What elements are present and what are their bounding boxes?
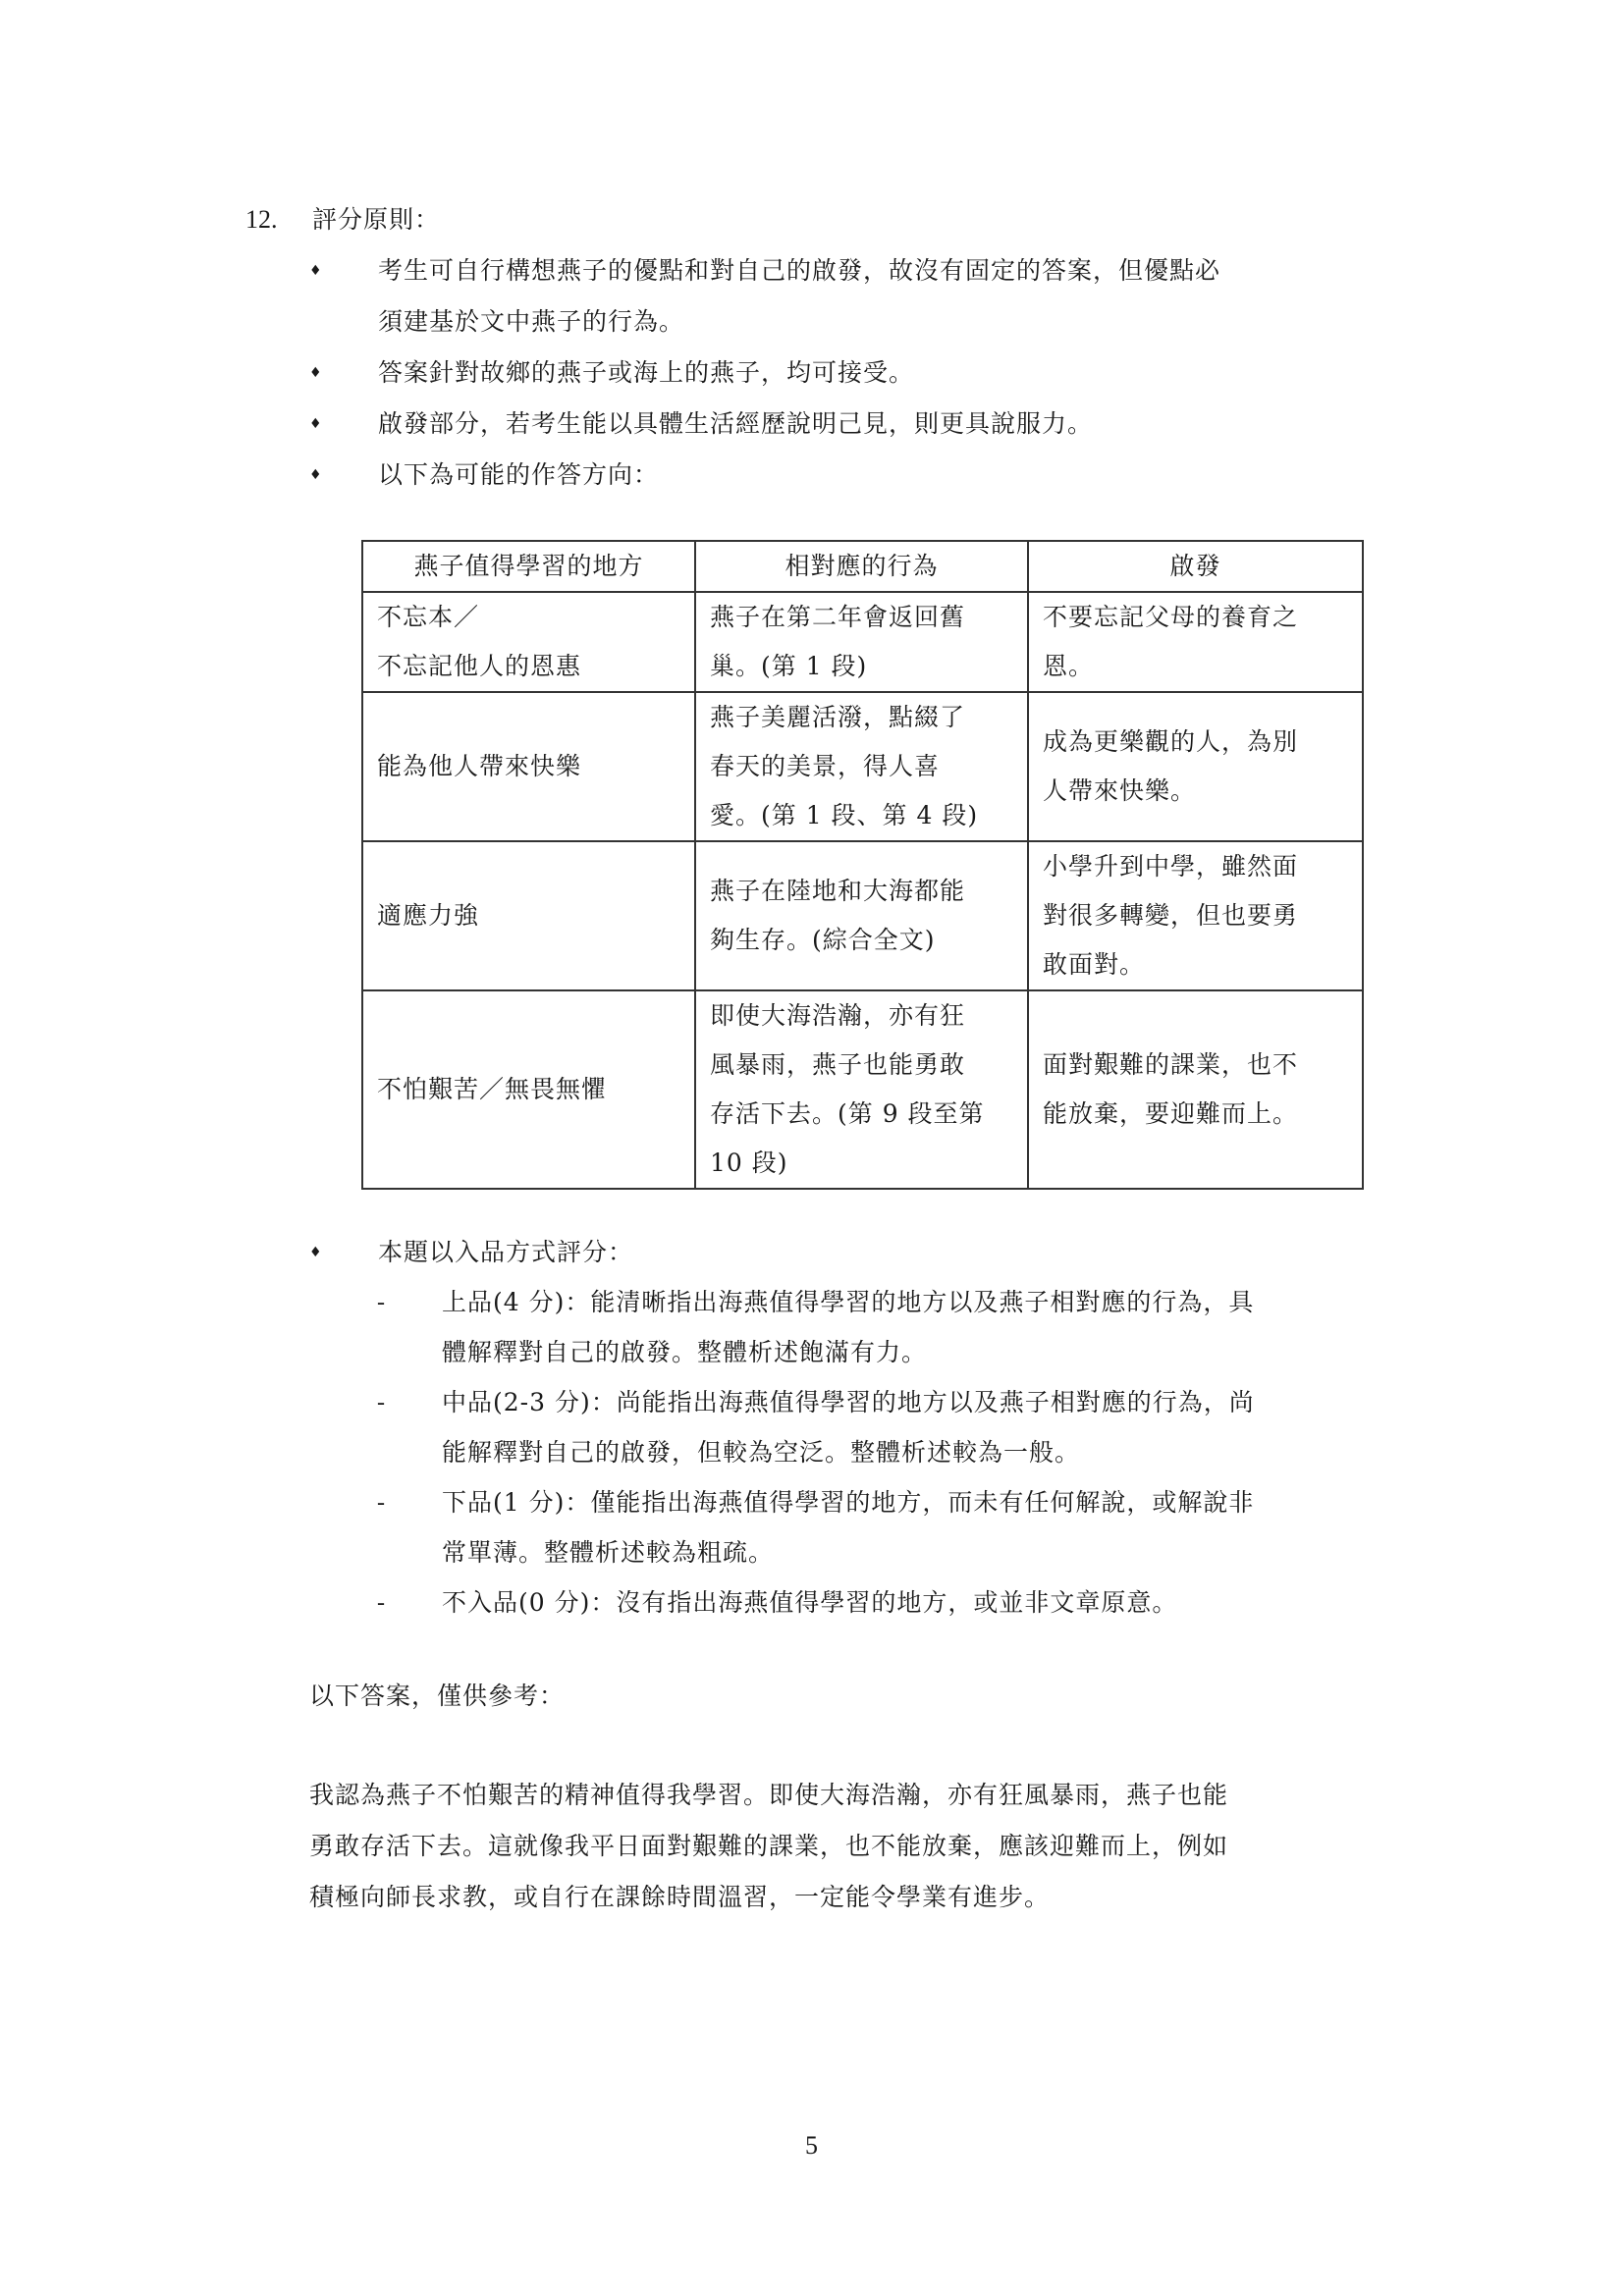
cell-inspiration: 不要忘記父母的養育之 恩。 — [1028, 592, 1363, 692]
cell-quality: 不怕艱苦／無畏無懼 — [362, 990, 695, 1189]
cell-behaviour: 燕子美麗活潑，點綴了 春天的美景，得人喜 愛。(第 1 段、第 4 段) — [695, 692, 1028, 841]
cell-inspiration: 小學升到中學，雖然面 對很多轉變，但也要勇 敢面對。 — [1028, 841, 1363, 990]
question-number: 12. — [245, 194, 278, 245]
principle-4-line-1: 以下為可能的作答方向： — [378, 450, 659, 501]
grading-intro: 本題以入品方式評分： — [378, 1227, 633, 1278]
cell-line: 能為他人帶來快樂 — [377, 742, 680, 791]
table-header-row: 燕子值得學習的地方 相對應的行為 啟發 — [362, 541, 1363, 592]
cell-line: 存活下去。(第 9 段至第 — [710, 1090, 1013, 1139]
cell-quality: 適應力強 — [362, 841, 695, 990]
cell-line: 面對艱難的課業，也不 — [1043, 1041, 1348, 1090]
cell-line: 即使大海浩瀚，亦有狂 — [710, 991, 1013, 1041]
reference-line-2: 勇敢存活下去。這就像我平日面對艱難的課業，也不能放棄，應該迎難而上，例如 — [309, 1821, 1228, 1872]
principle-2-line-1: 答案針對故鄉的燕子或海上的燕子，均可接受。 — [378, 347, 914, 399]
grade-top-line-1: 上品(4 分)：能清晰指出海燕值得學習的地方以及燕子相對應的行為，具 — [442, 1277, 1254, 1328]
cell-line: 春天的美景，得人喜 — [710, 742, 1013, 791]
cell-line: 人帶來快樂。 — [1043, 767, 1348, 816]
reference-line-3: 積極向師長求教，或自行在課餘時間溫習，一定能令學業有進步。 — [309, 1872, 1050, 1923]
grade-middle-line-2: 能解釋對自己的啟發，但較為空泛。整體析述較為一般。 — [442, 1427, 1080, 1478]
grade-low-line-2: 常單薄。整體析述較為粗疏。 — [442, 1527, 774, 1578]
reference-heading: 以下答案，僅供參考： — [309, 1671, 565, 1722]
principle-1-line-2: 須建基於文中燕子的行為。 — [378, 296, 684, 347]
cell-line: 夠生存。(綜合全文) — [710, 916, 1013, 965]
diamond-bullet-icon: ♦ — [309, 347, 322, 399]
cell-line: 愛。(第 1 段、第 4 段) — [710, 791, 1013, 840]
cell-quality: 不忘本／ 不忘記他人的恩惠 — [362, 592, 695, 692]
principle-1-line-1: 考生可自行構想燕子的優點和對自己的啟發，故沒有固定的答案，但優點必 — [378, 245, 1220, 296]
cell-inspiration: 成為更樂觀的人，為別 人帶來快樂。 — [1028, 692, 1363, 841]
header-inspiration: 啟發 — [1028, 541, 1363, 592]
cell-behaviour: 即使大海浩瀚，亦有狂 風暴雨，燕子也能勇敢 存活下去。(第 9 段至第 10 段… — [695, 990, 1028, 1189]
page-number: 5 — [805, 2128, 818, 2163]
cell-line: 燕子在第二年會返回舊 — [710, 593, 1013, 642]
dash-bullet-icon: - — [377, 1577, 385, 1629]
grade-middle-line-1: 中品(2-3 分)：尚能指出海燕值得學習的地方以及燕子相對應的行為，尚 — [442, 1377, 1255, 1428]
cell-line: 恩。 — [1043, 642, 1348, 691]
header-quality: 燕子值得學習的地方 — [362, 541, 695, 592]
dash-bullet-icon: - — [377, 1377, 385, 1428]
cell-line: 燕子在陸地和大海都能 — [710, 867, 1013, 916]
cell-inspiration: 面對艱難的課業，也不 能放棄，要迎難而上。 — [1028, 990, 1363, 1189]
table-row: 適應力強 燕子在陸地和大海都能 夠生存。(綜合全文) 小學升到中學，雖然面 對很… — [362, 841, 1363, 990]
table-row: 能為他人帶來快樂 燕子美麗活潑，點綴了 春天的美景，得人喜 愛。(第 1 段、第… — [362, 692, 1363, 841]
cell-line: 10 段) — [710, 1139, 1013, 1188]
answer-directions-table: 燕子值得學習的地方 相對應的行為 啟發 不忘本／ 不忘記他人的恩惠 燕子在第二年… — [361, 540, 1364, 1190]
cell-line: 能放棄，要迎難而上。 — [1043, 1090, 1348, 1139]
dash-bullet-icon: - — [377, 1477, 385, 1528]
diamond-bullet-icon: ♦ — [309, 245, 322, 296]
grade-top-line-2: 體解釋對自己的啟發。整體析述飽滿有力。 — [442, 1327, 927, 1378]
grade-none-line-1: 不入品(0 分)：沒有指出海燕值得學習的地方，或並非文章原意。 — [442, 1577, 1177, 1629]
cell-line: 不忘記他人的恩惠 — [377, 642, 680, 691]
principle-3-line-1: 啟發部分，若考生能以具體生活經歷說明己見，則更具說服力。 — [378, 399, 1093, 450]
header-behaviour: 相對應的行為 — [695, 541, 1028, 592]
table-row: 不忘本／ 不忘記他人的恩惠 燕子在第二年會返回舊 巢。(第 1 段) 不要忘記父… — [362, 592, 1363, 692]
cell-line: 對很多轉變，但也要勇 — [1043, 891, 1348, 940]
grade-low-line-1: 下品(1 分)：僅能指出海燕值得學習的地方，而未有任何解說，或解說非 — [442, 1477, 1254, 1528]
diamond-bullet-icon: ♦ — [309, 450, 322, 501]
cell-line: 風暴雨，燕子也能勇敢 — [710, 1041, 1013, 1090]
dash-bullet-icon: - — [377, 1277, 385, 1328]
table-row: 不怕艱苦／無畏無懼 即使大海浩瀚，亦有狂 風暴雨，燕子也能勇敢 存活下去。(第 … — [362, 990, 1363, 1189]
reference-line-1: 我認為燕子不怕艱苦的精神值得我學習。即使大海浩瀚，亦有狂風暴雨，燕子也能 — [309, 1770, 1228, 1821]
diamond-bullet-icon: ♦ — [309, 399, 322, 450]
cell-line: 適應力強 — [377, 891, 680, 940]
cell-behaviour: 燕子在第二年會返回舊 巢。(第 1 段) — [695, 592, 1028, 692]
cell-line: 成為更樂觀的人，為別 — [1043, 718, 1348, 767]
cell-line: 不怕艱苦／無畏無懼 — [377, 1065, 680, 1114]
cell-quality: 能為他人帶來快樂 — [362, 692, 695, 841]
cell-line: 不要忘記父母的養育之 — [1043, 593, 1348, 642]
cell-line: 巢。(第 1 段) — [710, 642, 1013, 691]
cell-line: 小學升到中學，雖然面 — [1043, 842, 1348, 891]
cell-line: 敢面對。 — [1043, 940, 1348, 989]
diamond-bullet-icon: ♦ — [309, 1227, 322, 1278]
question-title: 評分原則： — [312, 194, 440, 245]
cell-behaviour: 燕子在陸地和大海都能 夠生存。(綜合全文) — [695, 841, 1028, 990]
cell-line: 不忘本／ — [377, 593, 680, 642]
cell-line: 燕子美麗活潑，點綴了 — [710, 693, 1013, 742]
